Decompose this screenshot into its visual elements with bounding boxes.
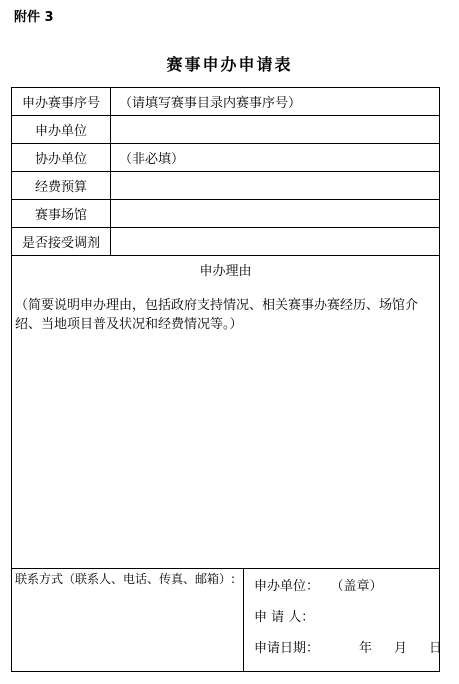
application-form-table: 申办赛事序号 （请填写赛事目录内赛事序号） 申办单位 协办单位 （非必填） 经费… bbox=[11, 87, 440, 672]
form-title: 赛事申办申请表 bbox=[0, 52, 459, 72]
field-value-co-organizer: （非必填） bbox=[111, 144, 439, 171]
table-row-applicant-unit: 申办单位 bbox=[12, 116, 439, 144]
table-row-accept-adjustment: 是否接受调剂 bbox=[12, 228, 439, 256]
field-label-budget: 经费预算 bbox=[12, 172, 111, 199]
applicant-label: 申 请 人： bbox=[254, 610, 314, 625]
field-label-event-number: 申办赛事序号 bbox=[12, 88, 111, 115]
field-label-venue: 赛事场馆 bbox=[12, 200, 111, 227]
field-label-applicant-unit: 申办单位 bbox=[12, 116, 111, 143]
signature-cell: 申办单位：（盖章） 申 请 人： 申请日期：年月日 bbox=[244, 569, 442, 671]
reason-heading: 申办理由 bbox=[15, 260, 436, 279]
reason-instructions: （简要说明申办理由，包括政府支持情况、相关赛事办赛经历、场馆介绍、当地项目普及状… bbox=[15, 296, 436, 334]
unit-seal-line: 申办单位：（盖章） bbox=[254, 579, 442, 595]
day-label: 日 bbox=[429, 641, 442, 656]
attachment-label: 附件 3 bbox=[0, 0, 459, 22]
table-row-venue: 赛事场馆 bbox=[12, 200, 439, 228]
footer-row: 联系方式（联系人、电话、传真、邮箱）: 申办单位：（盖章） 申 请 人： 申请日… bbox=[12, 569, 439, 671]
unit-label: 申办单位： bbox=[254, 579, 319, 594]
contact-info-cell: 联系方式（联系人、电话、传真、邮箱）: bbox=[12, 569, 244, 671]
month-label: 月 bbox=[394, 641, 407, 656]
table-row-budget: 经费预算 bbox=[12, 172, 439, 200]
reason-section: 申办理由 （简要说明申办理由，包括政府支持情况、相关赛事办赛经历、场馆介绍、当地… bbox=[12, 256, 439, 569]
field-value-venue bbox=[111, 200, 439, 227]
date-line: 申请日期：年月日 bbox=[254, 641, 442, 657]
year-label: 年 bbox=[359, 641, 372, 656]
field-value-accept-adjustment bbox=[111, 228, 439, 255]
field-label-co-organizer: 协办单位 bbox=[12, 144, 111, 171]
date-label: 申请日期： bbox=[254, 641, 319, 656]
table-row-co-organizer: 协办单位 （非必填） bbox=[12, 144, 439, 172]
field-value-event-number: （请填写赛事目录内赛事序号） bbox=[111, 88, 439, 115]
field-value-budget bbox=[111, 172, 439, 199]
seal-note: （盖章） bbox=[337, 579, 383, 594]
document-page: { "page": { "attachment_label": "附件 3", … bbox=[0, 0, 459, 684]
field-label-accept-adjustment: 是否接受调剂 bbox=[12, 228, 111, 255]
field-value-applicant-unit bbox=[111, 116, 439, 143]
table-row-event-number: 申办赛事序号 （请填写赛事目录内赛事序号） bbox=[12, 88, 439, 116]
applicant-line: 申 请 人： bbox=[254, 610, 442, 626]
